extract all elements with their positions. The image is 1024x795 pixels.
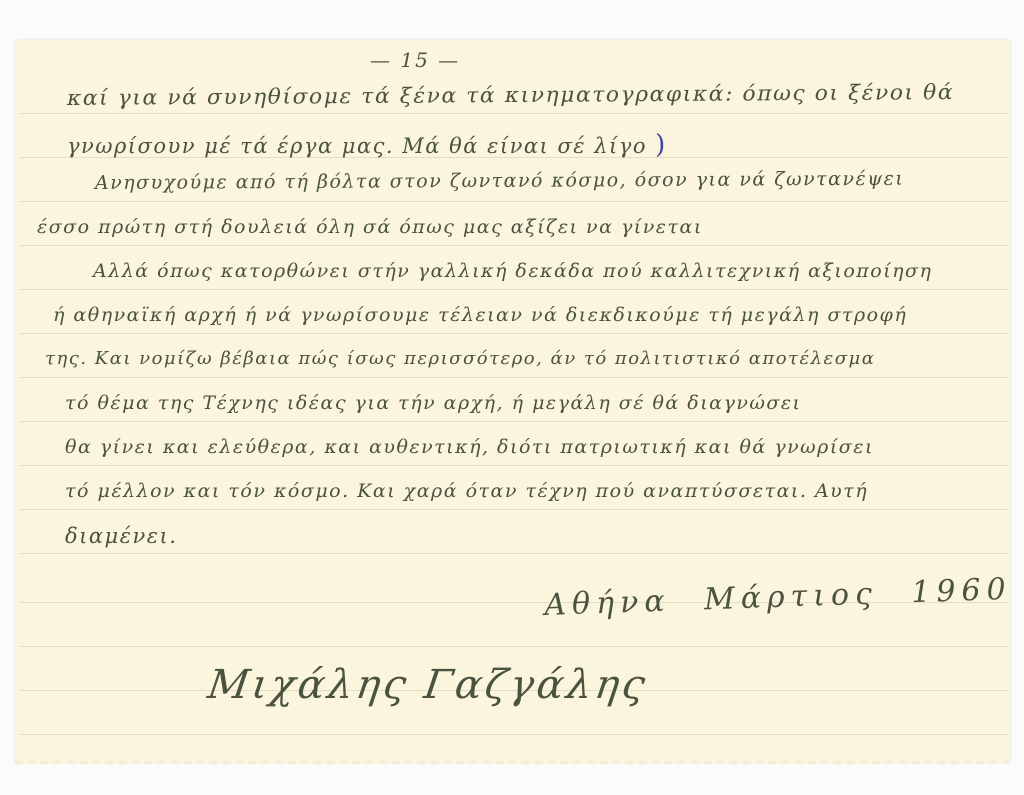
ruled-line [20, 377, 1008, 378]
ruled-line [20, 553, 1008, 554]
place-date: Αθήνα Μάρτιος 1960 [544, 572, 1012, 623]
ruled-line [20, 734, 1008, 735]
ruled-line [20, 333, 1008, 334]
ruled-line [20, 245, 1008, 246]
letter-line-1: καί για νά συνηθίσομε τά ξένα τά κινηματ… [67, 80, 954, 110]
letter-line-10: τό μέλλον και τόν κόσμο. Και χαρά όταν τ… [65, 480, 868, 502]
letter-line-8: τό θέμα της Τέχνης ιδέας για τήν αρχή, ή… [65, 392, 802, 414]
ruled-line [20, 201, 1008, 202]
letter-line-6: ή αθηναϊκή αρχή ή νά γνωρίσουμε τέλειαν … [53, 304, 907, 326]
letter-line-7: της. Και νομίζω βέβαια πώς ίσως περισσότ… [45, 348, 875, 369]
ruled-line [20, 289, 1008, 290]
letter-line-4: έσσο πρώτη στή δουλειά όλη σά όπως μας α… [37, 216, 703, 238]
scanned-document: — 15 — καί για νά συνηθίσομε τά ξένα τά … [0, 0, 1024, 795]
signature: Μιχάλης Γαζγάλης [205, 662, 651, 708]
blue-ink-annotation: ) [655, 130, 667, 160]
ruled-line [20, 509, 1008, 510]
letter-line-2: γνωρίσουν μέ τά έργα μας. Μά θά είναι σέ… [67, 130, 667, 160]
letter-line-9: θα γίνει και ελεύθερα, και αυθεντική, δι… [65, 436, 874, 458]
ruled-line [20, 465, 1008, 466]
ruled-line [20, 113, 1008, 114]
letter-line-11: διαμένει. [65, 524, 177, 548]
letter-paper: — 15 — καί για νά συνηθίσομε τά ξένα τά … [15, 40, 1010, 762]
year: 1960 [911, 572, 1013, 610]
place: Αθήνα [544, 584, 671, 623]
ruled-line [20, 421, 1008, 422]
month: Μάρτιος [703, 576, 878, 617]
ruled-line [20, 646, 1008, 647]
letter-line-2-text: γνωρίσουν μέ τά έργα μας. Μά θά είναι σέ… [67, 134, 647, 158]
page-number: — 15 — [370, 48, 460, 72]
letter-line-3: Ανησυχούμε από τή βόλτα στον ζωντανό κόσ… [95, 168, 904, 194]
letter-line-5: Αλλά όπως κατορθώνει στήν γαλλική δεκάδα… [93, 260, 932, 282]
